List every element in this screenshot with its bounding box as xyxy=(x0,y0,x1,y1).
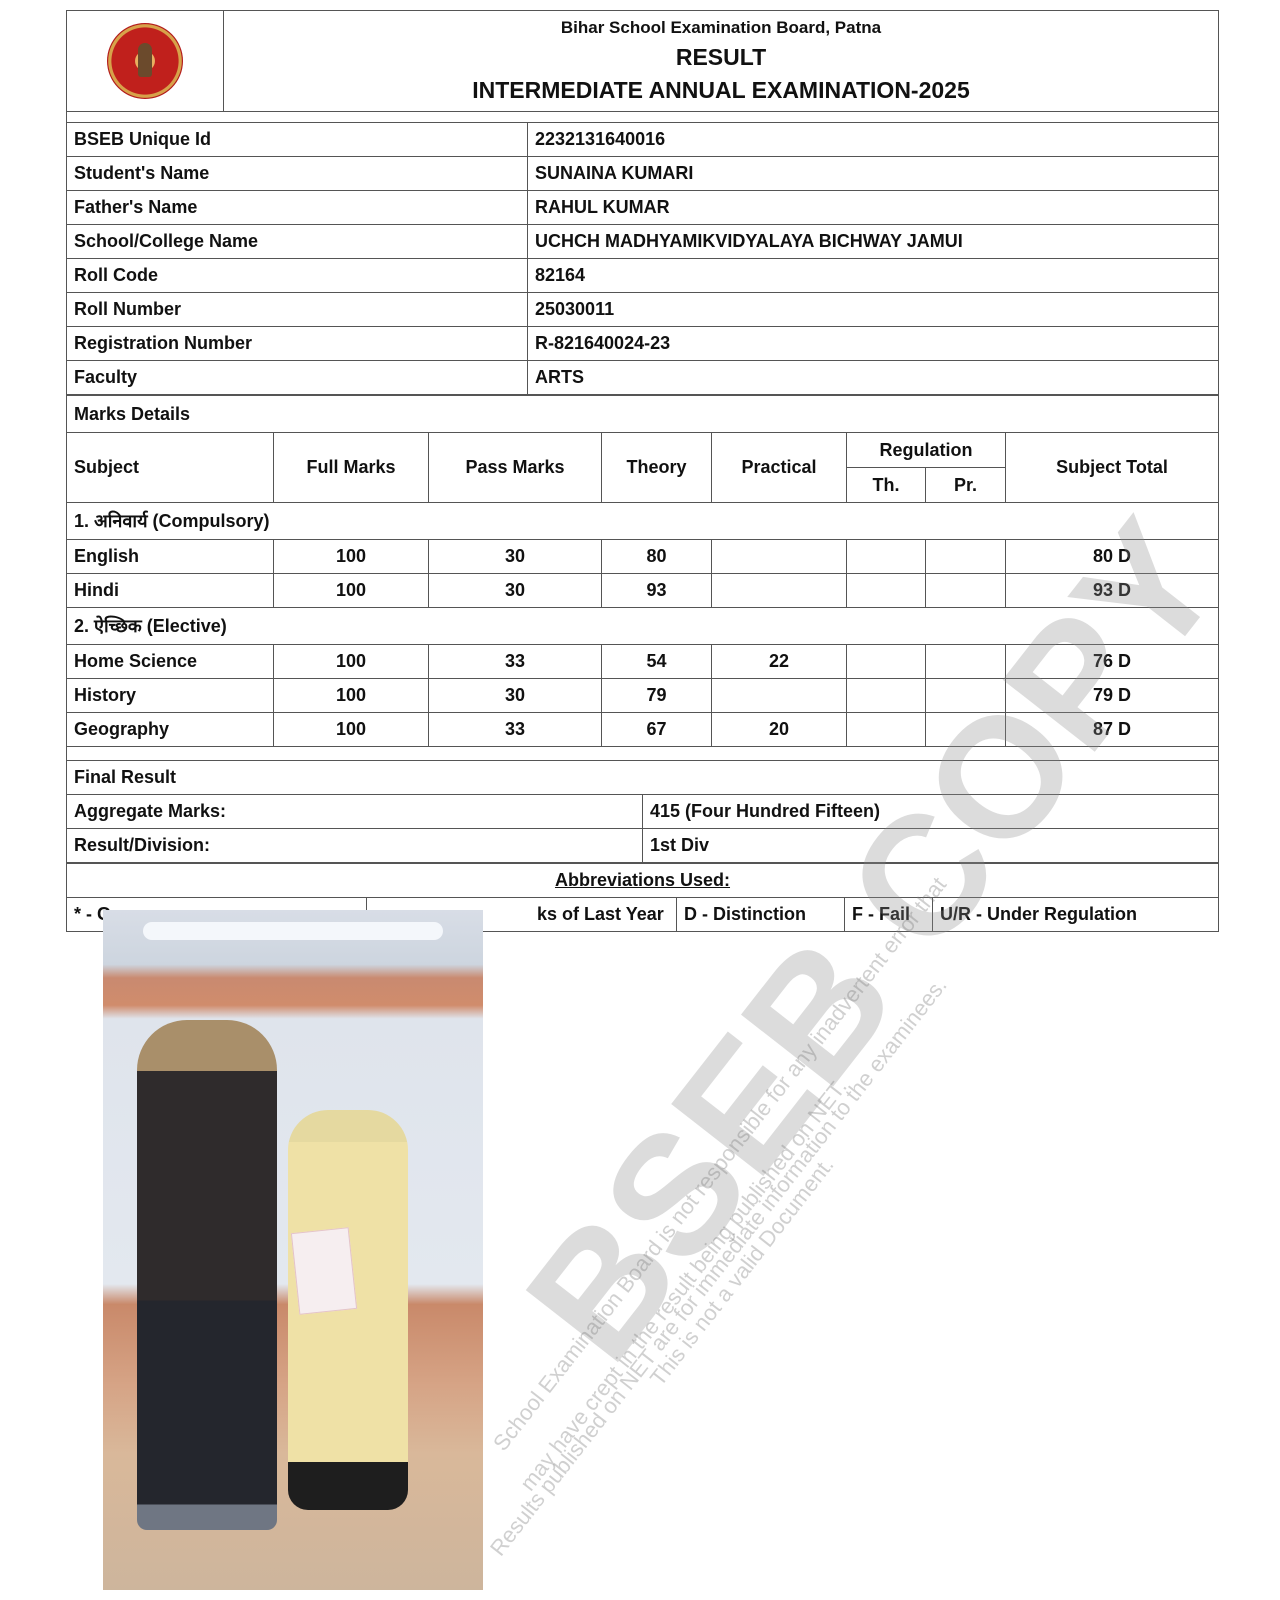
info-value: 2232131640016 xyxy=(528,123,1219,157)
info-row: School/College NameUCHCH MADHYAMIKVIDYAL… xyxy=(67,225,1219,259)
info-label: School/College Name xyxy=(67,225,528,259)
cell-pass: 33 xyxy=(429,645,602,679)
cell-pass: 33 xyxy=(429,713,602,747)
cell-subject: Hindi xyxy=(67,574,274,608)
info-label: Registration Number xyxy=(67,327,528,361)
info-label: BSEB Unique Id xyxy=(67,123,528,157)
col-pass-marks: Pass Marks xyxy=(429,433,602,503)
cell-full: 100 xyxy=(274,574,429,608)
info-value: R-821640024-23 xyxy=(528,327,1219,361)
info-value: UCHCH MADHYAMIKVIDYALAYA BICHWAY JAMUI xyxy=(528,225,1219,259)
info-label: Father's Name xyxy=(67,191,528,225)
cell-subject: Geography xyxy=(67,713,274,747)
col-reg-pr: Pr. xyxy=(926,468,1006,503)
watermark-line-1: School Examination Board is not responsi… xyxy=(488,872,952,1456)
cell-practical xyxy=(712,574,847,608)
cell-theory: 93 xyxy=(602,574,712,608)
cell-reg_th xyxy=(847,540,926,574)
section-title: 1. अनिवार्य (Compulsory) xyxy=(67,503,1219,540)
organization-name: Bihar School Examination Board, Patna xyxy=(231,18,1211,38)
cell-theory: 80 xyxy=(602,540,712,574)
exam-title: INTERMEDIATE ANNUAL EXAMINATION-2025 xyxy=(231,77,1211,104)
info-row: FacultyARTS xyxy=(67,361,1219,395)
cell-reg_pr xyxy=(926,540,1006,574)
marks-details-title: Marks Details xyxy=(67,396,1219,433)
col-subject: Subject xyxy=(67,433,274,503)
cell-total: 80 D xyxy=(1006,540,1219,574)
abbreviations-title-text: Abbreviations Used: xyxy=(555,870,730,890)
cell-total: 87 D xyxy=(1006,713,1219,747)
aggregate-label: Aggregate Marks: xyxy=(67,795,643,829)
table-row: Geography10033672087 D xyxy=(67,713,1219,747)
cell-full: 100 xyxy=(274,713,429,747)
info-row: Roll Code82164 xyxy=(67,259,1219,293)
cell-subject: English xyxy=(67,540,274,574)
title-cell: Bihar School Examination Board, Patna RE… xyxy=(224,11,1219,112)
spacer xyxy=(66,112,1219,122)
watermark-line-4: This is not a valid Document. xyxy=(645,1152,839,1391)
info-row: Roll Number25030011 xyxy=(67,293,1219,327)
info-value: 25030011 xyxy=(528,293,1219,327)
cell-theory: 79 xyxy=(602,679,712,713)
info-label: Roll Code xyxy=(67,259,528,293)
student-info-table: BSEB Unique Id2232131640016Student's Nam… xyxy=(66,122,1219,395)
info-label: Faculty xyxy=(67,361,528,395)
col-theory: Theory xyxy=(602,433,712,503)
cell-reg_pr xyxy=(926,679,1006,713)
cell-theory: 67 xyxy=(602,713,712,747)
cell-practical: 20 xyxy=(712,713,847,747)
col-subject-total: Subject Total xyxy=(1006,433,1219,503)
info-row: Registration NumberR-821640024-23 xyxy=(67,327,1219,361)
cell-theory: 54 xyxy=(602,645,712,679)
abbreviations-title: Abbreviations Used: xyxy=(67,864,1219,898)
cell-reg_pr xyxy=(926,713,1006,747)
result-document: Bihar School Examination Board, Patna RE… xyxy=(66,10,1219,932)
final-result-title: Final Result xyxy=(67,761,1219,795)
cell-practical xyxy=(712,540,847,574)
cell-practical xyxy=(712,679,847,713)
info-row: BSEB Unique Id2232131640016 xyxy=(67,123,1219,157)
cell-reg_th xyxy=(847,713,926,747)
cell-total: 76 D xyxy=(1006,645,1219,679)
division-label: Result/Division: xyxy=(67,829,643,863)
spacer xyxy=(66,747,1219,760)
cell-reg_th xyxy=(847,645,926,679)
cell-reg_pr xyxy=(926,645,1006,679)
cell-practical: 22 xyxy=(712,645,847,679)
photo-result-sheet xyxy=(291,1227,357,1315)
ceiling-light xyxy=(143,922,443,940)
bseb-seal-icon xyxy=(107,23,183,99)
cell-full: 100 xyxy=(274,645,429,679)
abbr-distinction: D - Distinction xyxy=(677,898,845,932)
photo-person-teacher xyxy=(137,1020,277,1530)
cell-subject: History xyxy=(67,679,274,713)
info-row: Father's NameRAHUL KUMAR xyxy=(67,191,1219,225)
info-label: Roll Number xyxy=(67,293,528,327)
table-row: English100308080 D xyxy=(67,540,1219,574)
cell-pass: 30 xyxy=(429,540,602,574)
marks-table: Marks Details Subject Full Marks Pass Ma… xyxy=(66,395,1219,747)
abbr-under-regulation: U/R - Under Regulation xyxy=(933,898,1219,932)
cell-reg_pr xyxy=(926,574,1006,608)
result-title: RESULT xyxy=(231,44,1211,71)
section-title: 2. ऐच्छिक (Elective) xyxy=(67,608,1219,645)
info-value: RAHUL KUMAR xyxy=(528,191,1219,225)
watermark-line-2: may have crept in the result being publi… xyxy=(515,1074,852,1496)
abbr-fail: F - Fail xyxy=(845,898,933,932)
col-reg-th: Th. xyxy=(847,468,926,503)
cell-reg_th xyxy=(847,679,926,713)
cell-pass: 30 xyxy=(429,574,602,608)
table-row: History100307979 D xyxy=(67,679,1219,713)
cell-full: 100 xyxy=(274,540,429,574)
cell-total: 93 D xyxy=(1006,574,1219,608)
logo-cell xyxy=(67,11,224,112)
cell-reg_th xyxy=(847,574,926,608)
division-value: 1st Div xyxy=(643,829,1219,863)
table-row: Hindi100309393 D xyxy=(67,574,1219,608)
info-row: Student's NameSUNAINA KUMARI xyxy=(67,157,1219,191)
col-practical: Practical xyxy=(712,433,847,503)
watermark-line-3: Results published on NET are for immedia… xyxy=(485,973,952,1561)
cell-total: 79 D xyxy=(1006,679,1219,713)
info-value: 82164 xyxy=(528,259,1219,293)
final-result-table: Final Result Aggregate Marks: 415 (Four … xyxy=(66,760,1219,863)
info-value: SUNAINA KUMARI xyxy=(528,157,1219,191)
aggregate-value: 415 (Four Hundred Fifteen) xyxy=(643,795,1219,829)
table-row: Home Science10033542276 D xyxy=(67,645,1219,679)
header-table: Bihar School Examination Board, Patna RE… xyxy=(66,10,1219,112)
student-photo xyxy=(103,910,483,1590)
col-regulation: Regulation xyxy=(847,433,1006,468)
cell-subject: Home Science xyxy=(67,645,274,679)
cell-full: 100 xyxy=(274,679,429,713)
info-label: Student's Name xyxy=(67,157,528,191)
info-value: ARTS xyxy=(528,361,1219,395)
cell-pass: 30 xyxy=(429,679,602,713)
col-full-marks: Full Marks xyxy=(274,433,429,503)
